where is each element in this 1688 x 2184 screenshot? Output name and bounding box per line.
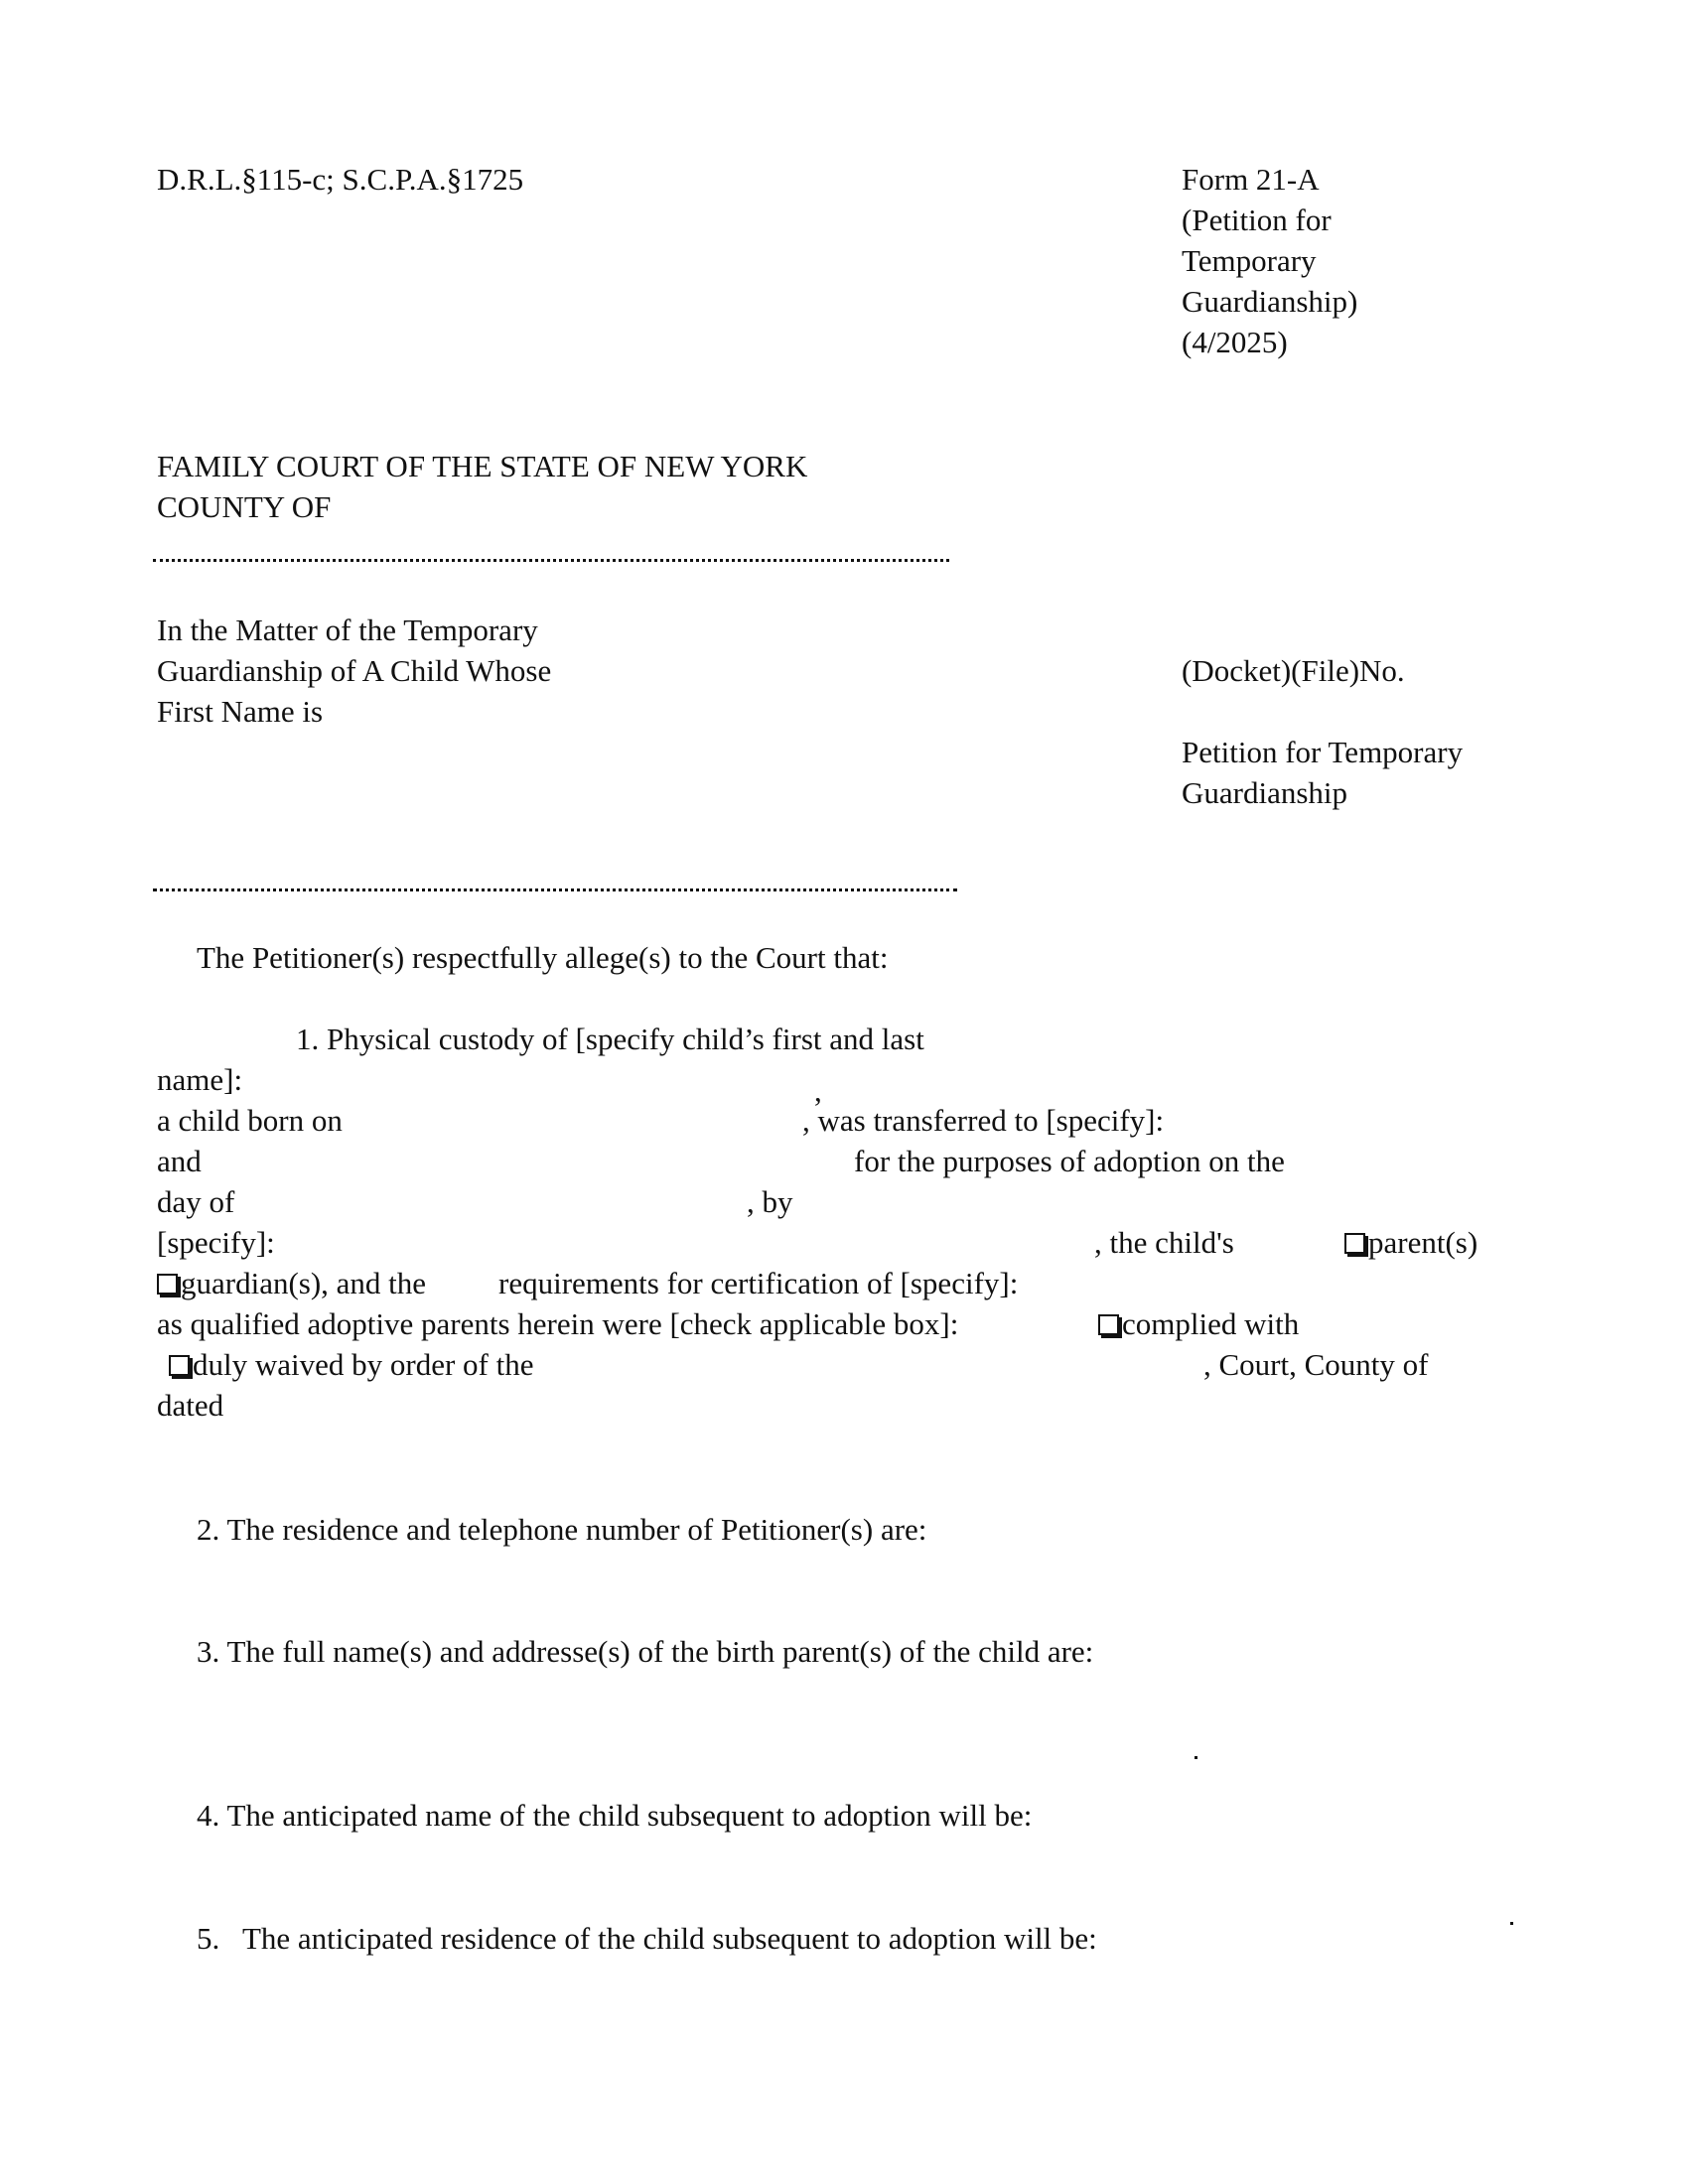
matter-line: In the Matter of the Temporary (157, 610, 538, 650)
checkbox-icon[interactable] (1344, 1233, 1365, 1254)
para1-text: , Court, County of (1203, 1344, 1428, 1385)
para1-text: , the child's (1094, 1222, 1234, 1263)
para1-label: [specify]: (157, 1222, 275, 1263)
checkbox-label: complied with (1122, 1306, 1299, 1341)
para1-label: name]: (157, 1059, 242, 1100)
form-date: (4/2025) (1182, 322, 1288, 362)
para1-line: 1. Physical custody of [specify child’s … (296, 1019, 924, 1059)
form-title-line: (Petition for (1182, 200, 1332, 240)
stray-period (1510, 1922, 1513, 1925)
checkbox-icon[interactable] (1098, 1314, 1119, 1335)
parent-checkbox-option[interactable]: parent(s) (1344, 1222, 1477, 1263)
form-title-line: Guardianship) (1182, 281, 1357, 322)
para1-text: , was transferred to [specify]: (802, 1100, 1164, 1141)
checkbox-icon[interactable] (157, 1274, 178, 1295)
waived-checkbox-option[interactable]: duly waived by order of the (169, 1344, 533, 1385)
para1-text: requirements for certification of [speci… (498, 1263, 1018, 1303)
statute-citation: D.R.L.§115-c; S.C.P.A.§1725 (157, 159, 523, 200)
caption-fill-line[interactable] (153, 888, 957, 891)
checkbox-label: parent(s) (1368, 1225, 1477, 1260)
matter-line: First Name is (157, 691, 323, 732)
complied-checkbox-option[interactable]: complied with (1098, 1303, 1299, 1344)
checkbox-label: duly waived by order of the (193, 1347, 533, 1382)
stray-period (1195, 1756, 1197, 1759)
document-title: Guardianship (1182, 772, 1347, 813)
county-fill-line[interactable] (153, 559, 949, 562)
paragraph-5: 5. The anticipated residence of the chil… (197, 1918, 1097, 1959)
intro-text: The Petitioner(s) respectfully allege(s)… (197, 937, 888, 978)
form-title-line: Temporary (1182, 240, 1317, 281)
checkbox-icon[interactable] (169, 1355, 190, 1376)
para1-label: a child born on (157, 1100, 343, 1141)
para1-label: dated (157, 1385, 223, 1426)
paragraph-4: 4. The anticipated name of the child sub… (197, 1795, 1032, 1836)
matter-line: Guardianship of A Child Whose (157, 650, 551, 691)
para1-label: and (157, 1141, 202, 1181)
document-title: Petition for Temporary (1182, 732, 1463, 772)
guardian-checkbox-option[interactable]: guardian(s), and the (157, 1263, 426, 1303)
para1-text: , by (747, 1181, 793, 1222)
paragraph-3: 3. The full name(s) and addresse(s) of t… (197, 1631, 1093, 1672)
para1-text: as qualified adoptive parents herein wer… (157, 1303, 958, 1344)
form-number: Form 21-A (1182, 159, 1320, 200)
paragraph-2: 2. The residence and telephone number of… (197, 1509, 926, 1550)
checkbox-label: guardian(s), and the (181, 1266, 426, 1300)
court-name: FAMILY COURT OF THE STATE OF NEW YORK (157, 446, 807, 486)
county-label: COUNTY OF (157, 486, 331, 527)
docket-label: (Docket)(File)No. (1182, 650, 1405, 691)
para1-text: for the purposes of adoption on the (854, 1141, 1285, 1181)
para1-label: day of (157, 1181, 234, 1222)
